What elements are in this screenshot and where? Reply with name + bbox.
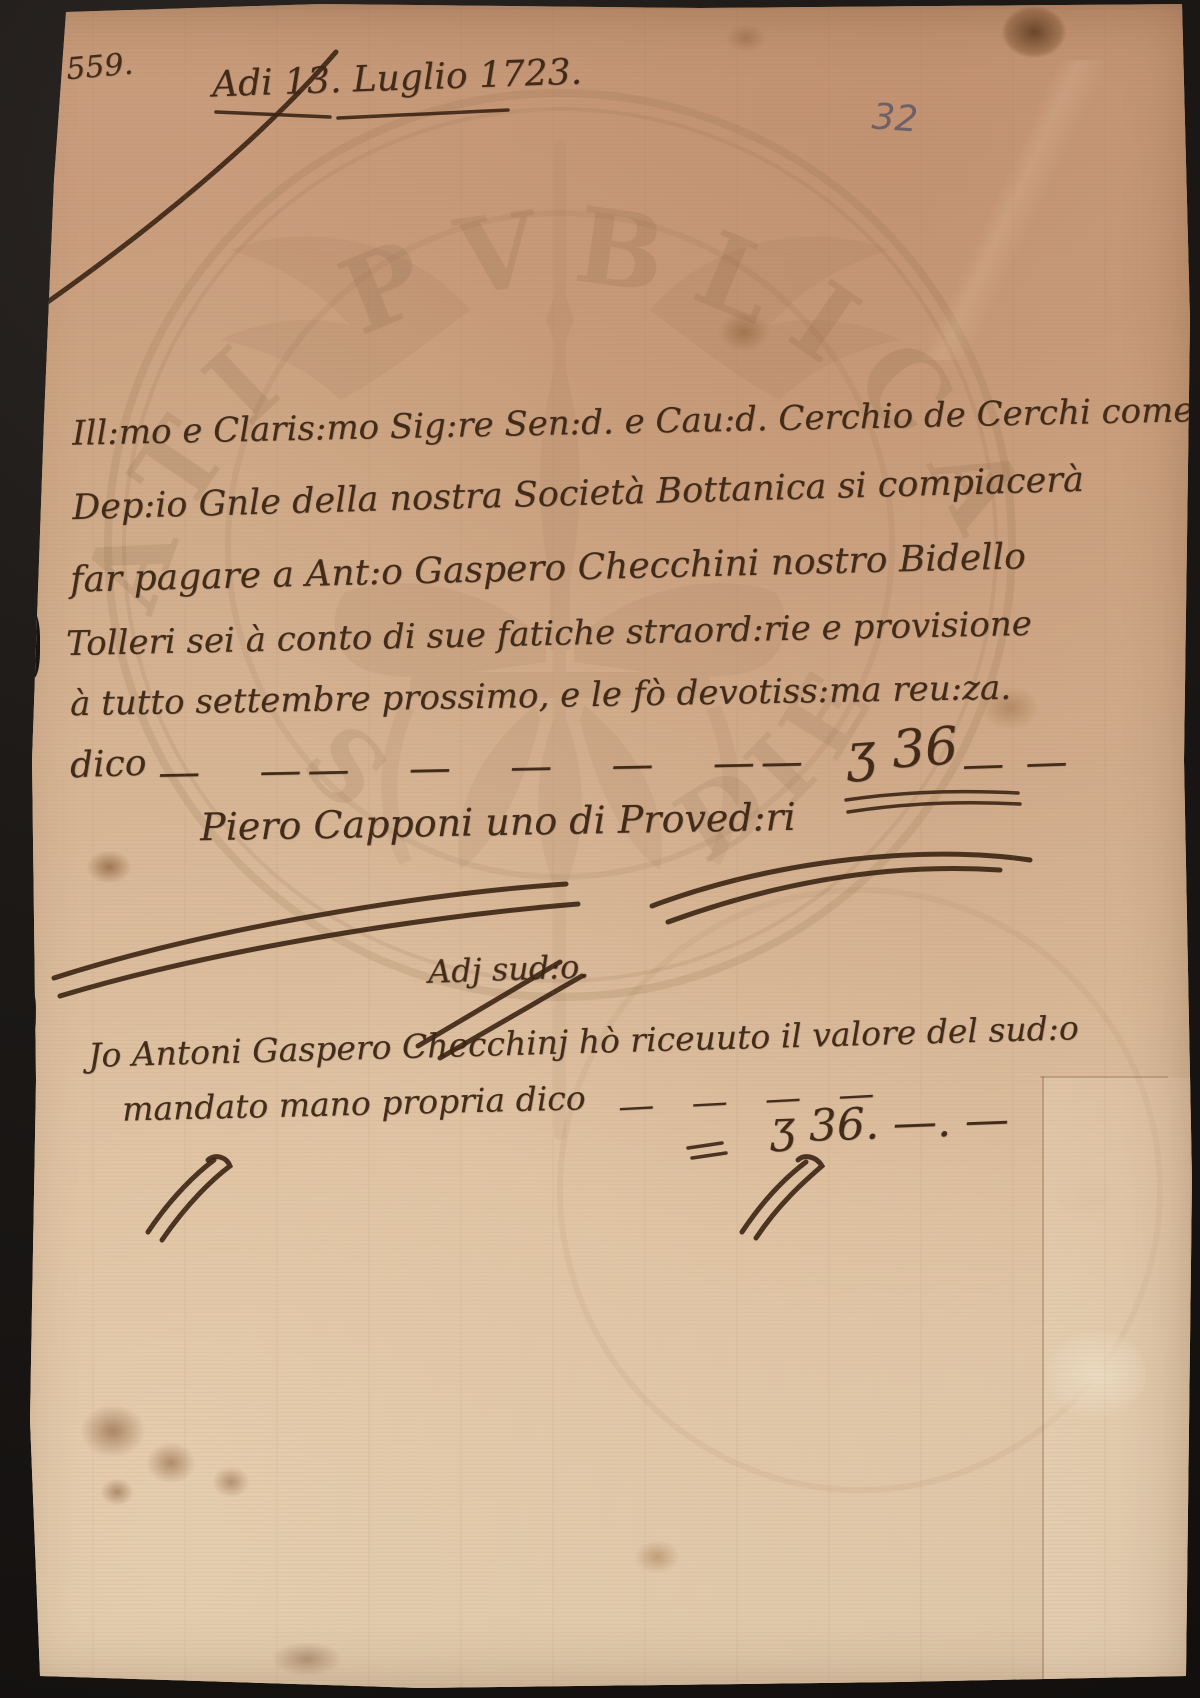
letter-line: Dep:io Gnle della nostra Società Bottani… <box>72 460 1085 528</box>
folio-number: 32 <box>871 96 920 140</box>
receipt-line: Jo Antoni Gaspero Checchinj hò riceuuto … <box>88 1008 1080 1075</box>
receipt-line: mandato mano propria dico <box>122 1078 586 1128</box>
ink-stain <box>100 1478 134 1506</box>
watermark-seal: ATI PVBLICAE S DIE <box>0 0 1200 1698</box>
receipt-amount-rule <box>688 1143 722 1148</box>
ink-stain <box>212 1466 250 1498</box>
document-scan: ATI PVBLICAE S DIE <box>0 0 1200 1698</box>
paper-sheet: ATI PVBLICAE S DIE <box>0 0 1200 1698</box>
signature-line: Piero Capponi uno di Proved:ri <box>200 795 796 849</box>
ruled-dashes: — —— — — — —— <box>158 736 810 796</box>
flourish-strokes <box>0 0 1200 1698</box>
ink-stain <box>80 1404 146 1458</box>
paper-patch <box>1046 1330 1146 1418</box>
archive-number: N°. 559. <box>5 47 135 93</box>
letter-line: far pagare a Ant:o Gaspero Checchini nos… <box>70 536 1027 600</box>
letter-line: à tutto settembre prossimo, e le fò devo… <box>70 668 1012 724</box>
ink-stain <box>1002 6 1066 58</box>
torn-edge-notch <box>22 988 36 1040</box>
letter-line: Ill:mo e Claris:mo Sig:re Sen:d. e Cau:d… <box>72 390 1194 453</box>
flourish <box>742 1162 806 1232</box>
letter-line: Tolleri sei à conto di sue fatiche strao… <box>66 604 1033 664</box>
amount-double-rule <box>846 792 1018 800</box>
ruled-dashes: — — <box>961 736 1072 789</box>
amount-double-rule <box>848 803 1020 812</box>
paper-patch <box>1052 1168 1122 1224</box>
flourish <box>668 868 1000 922</box>
receipt-amount-rule <box>692 1153 726 1158</box>
fold-line <box>1040 1076 1168 1078</box>
torn-edge-notch <box>24 612 40 678</box>
flourish <box>162 1157 230 1240</box>
flourish <box>652 854 1030 906</box>
fold-line <box>1042 1076 1044 1698</box>
receipt-amount: ʒ 36. —. — <box>769 1094 1009 1153</box>
under-sheet-edge <box>1044 1078 1190 1698</box>
ink-stain <box>634 1540 680 1574</box>
dico-label: dico <box>69 743 147 787</box>
receipt-heading: Adj sud:o. <box>427 947 589 991</box>
ink-stain <box>146 1442 196 1484</box>
flourish <box>756 1157 822 1238</box>
date-underline <box>338 110 508 118</box>
flourish <box>148 1160 214 1232</box>
date-underline <box>216 112 330 117</box>
ink-stain <box>726 24 766 52</box>
date-line: Adi 13. Luglio 1723. <box>211 52 582 106</box>
seal-ghost-ring-icon <box>560 890 1160 1490</box>
ink-stain <box>272 1642 342 1676</box>
amount-figure: ʒ 36 <box>844 716 960 784</box>
ink-stain <box>718 312 770 352</box>
ink-stain <box>86 850 132 884</box>
